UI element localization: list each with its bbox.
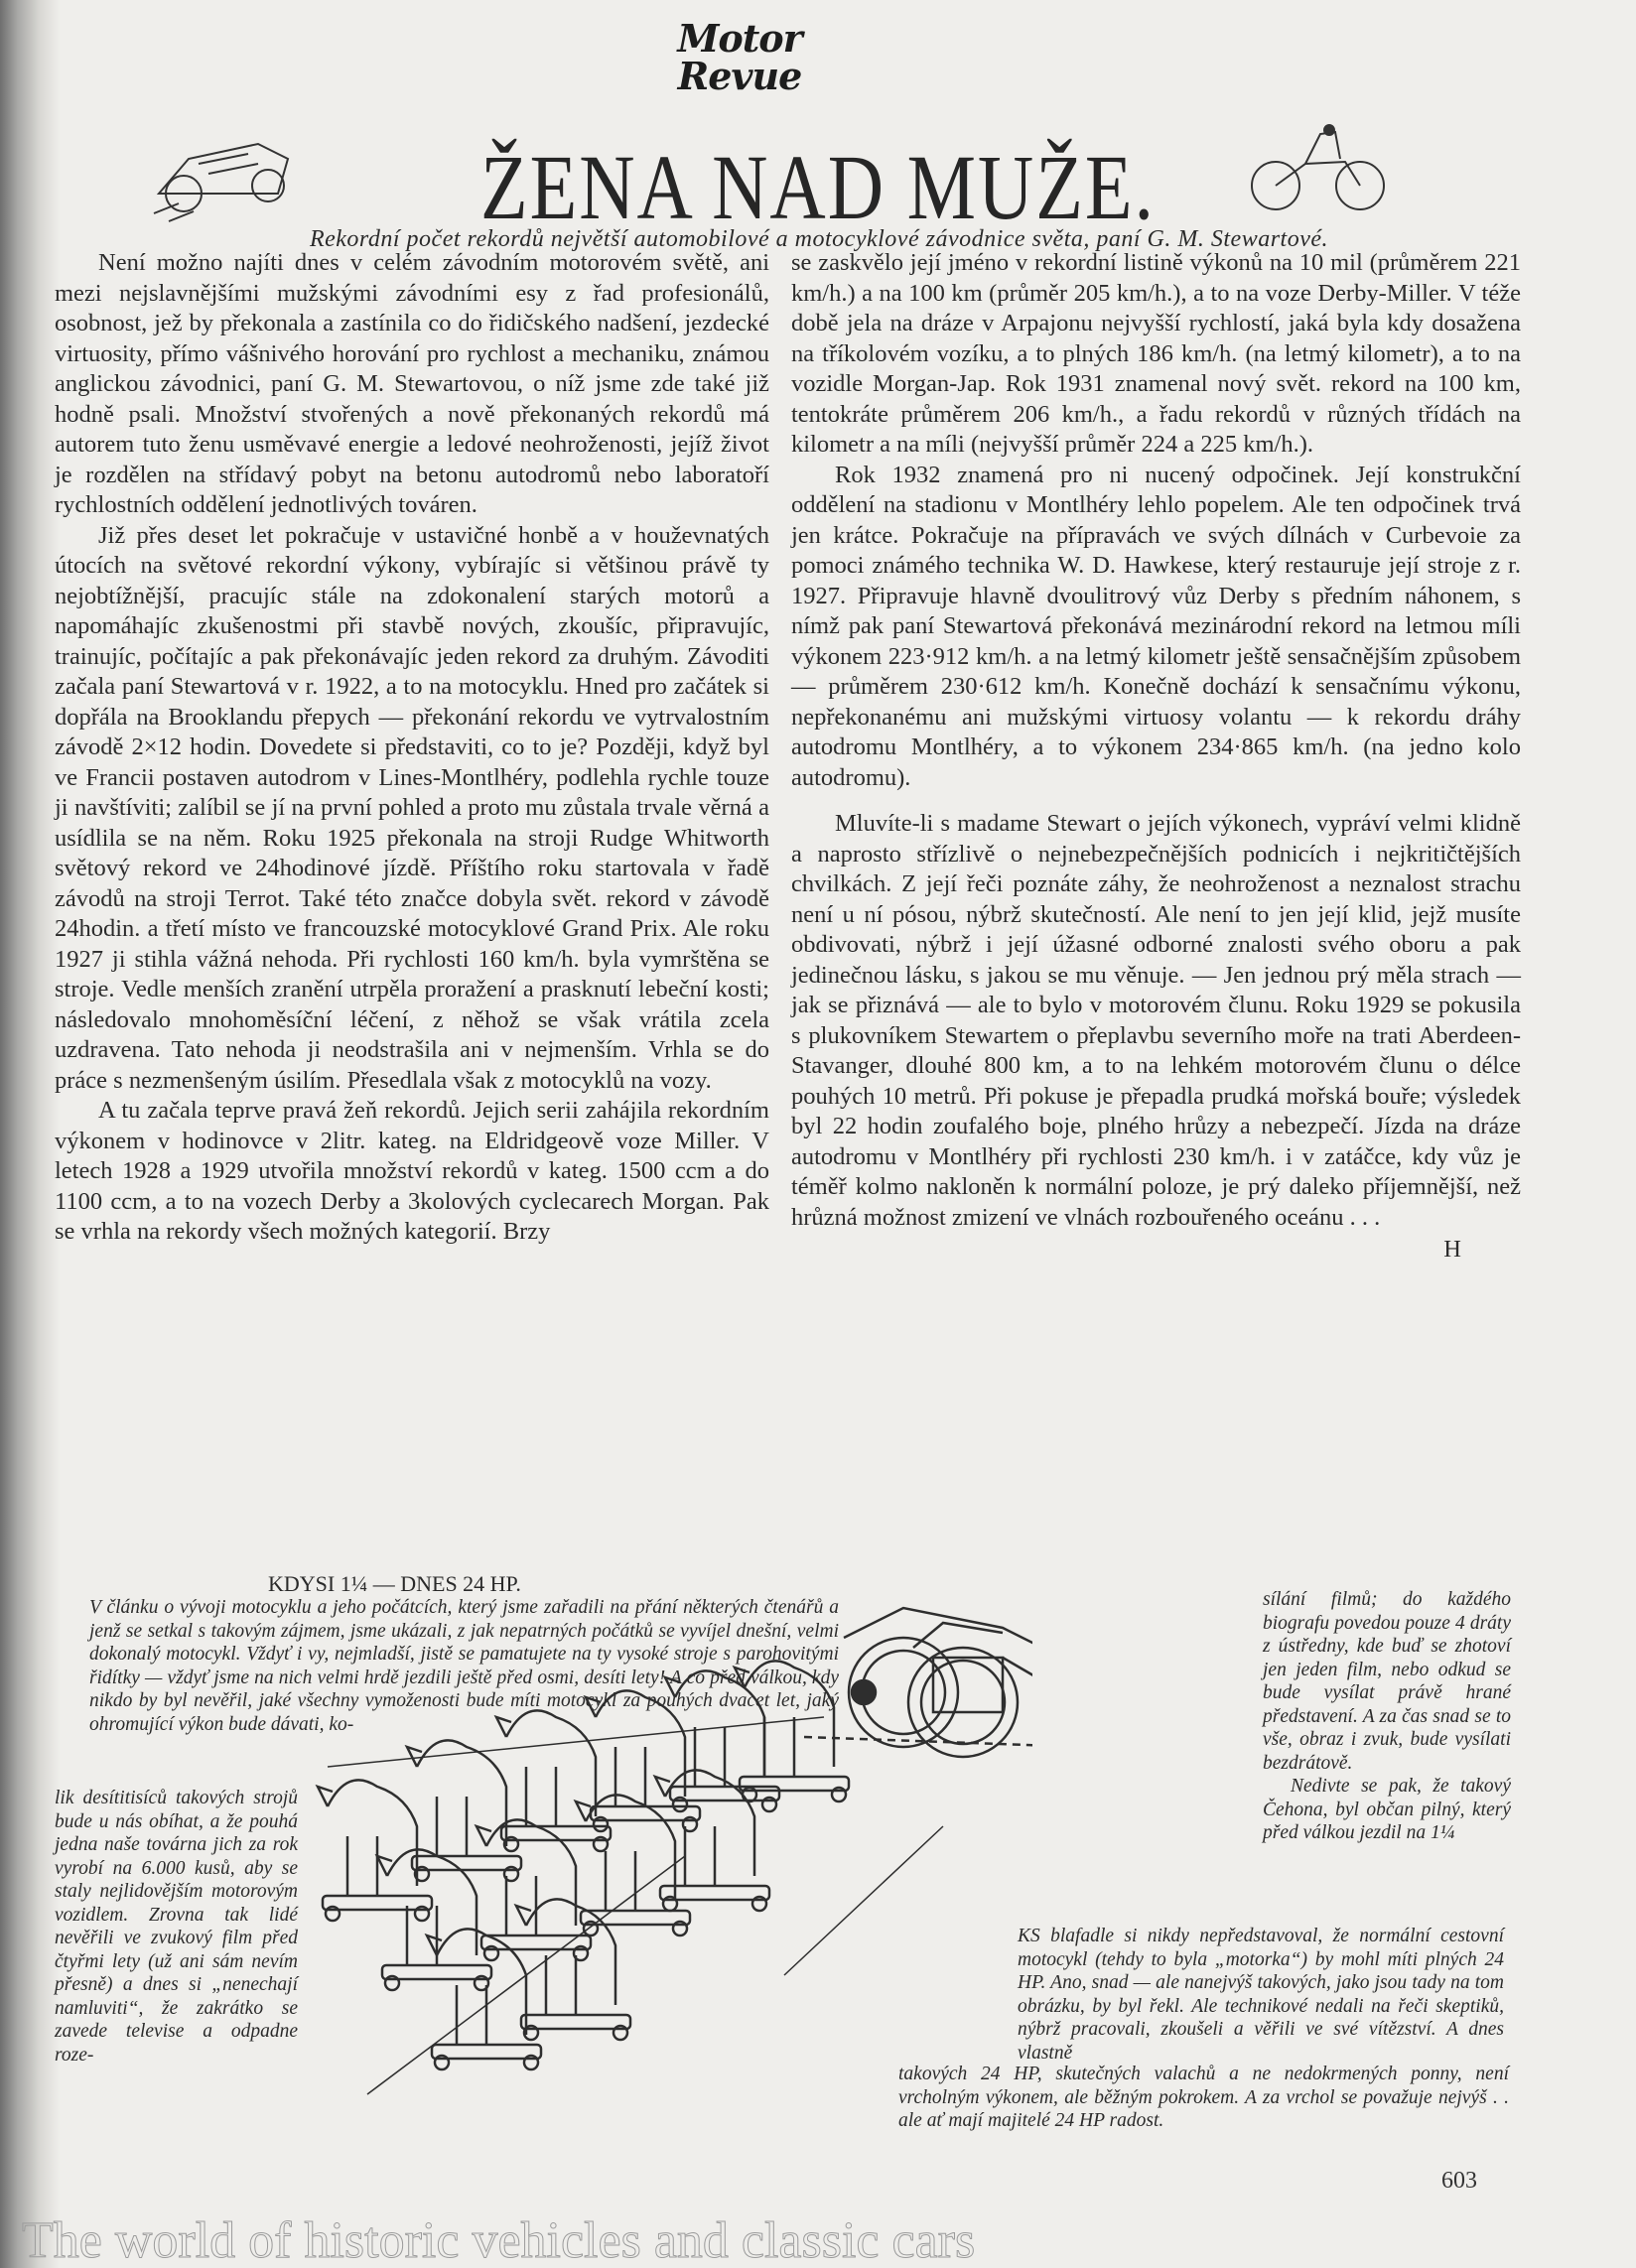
- paragraph: Není možno najíti dnes v celém závodním …: [55, 248, 769, 521]
- sidebar-article-title: KDYSI 1¼ — DNES 24 HP.: [268, 1571, 521, 1597]
- paragraph: Mluvíte-li s madame Stewart o jejích výk…: [791, 809, 1521, 1233]
- article-right-column: se zaskvělo její jméno v rekordní listin…: [791, 248, 1521, 1266]
- motorcycle-and-toy-horses-illustration-icon: [308, 1598, 1032, 2114]
- page-number: 603: [1441, 2168, 1477, 2195]
- sidebar-bottom-right-text: KS blafadle si nikdy nepředstavoval, že …: [1018, 1925, 1504, 2065]
- sidebar-right-text: sílání filmů; do každého biografu povedo…: [1263, 1588, 1511, 1845]
- logo-line-2: Revue: [655, 58, 824, 95]
- article-title: ŽENA NAD MUŽE.: [0, 134, 1636, 241]
- paragraph: se zaskvělo její jméno v rekordní listin…: [791, 248, 1521, 461]
- paragraph: Rok 1932 znamená pro ni nucený odpočinek…: [791, 461, 1521, 794]
- paragraph: A tu začala teprve pravá žeň rekordů. Je…: [55, 1096, 769, 1248]
- article-left-column: Není možno najíti dnes v celém závodním …: [55, 248, 769, 1248]
- author-signature: H: [791, 1235, 1521, 1266]
- book-spine-shadow: [0, 0, 60, 2268]
- paragraph: sílání filmů; do každého biografu povedo…: [1263, 1588, 1511, 1775]
- sidebar-left-text: lik desítitisíců takových strojů bude u …: [55, 1787, 298, 2067]
- logo-line-1: Motor: [655, 20, 824, 58]
- watermark-tagline: The world of historic vehicles and class…: [22, 2213, 975, 2268]
- paragraph: Již přes deset let pokračuje v ustavičné…: [55, 521, 769, 1097]
- paragraph: Nedivte se pak, že takový Čehona, byl ob…: [1263, 1775, 1511, 1845]
- paragraph: lik desítitisíců takových strojů bude u …: [55, 1787, 298, 2067]
- masthead-logo: Motor Revue: [655, 20, 824, 95]
- paragraph: KS blafadle si nikdy nepředstavoval, že …: [1018, 1925, 1504, 2065]
